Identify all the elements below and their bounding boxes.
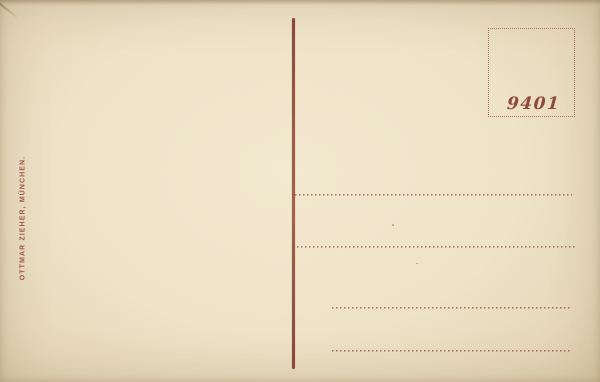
top-edge-shade	[0, 0, 600, 5]
address-line-1	[295, 194, 572, 196]
postcard-back: 9401 OTTMAR ZIEHER, MÜNCHEN.	[0, 0, 600, 382]
address-line-2	[293, 246, 576, 248]
address-line-4	[332, 350, 572, 352]
address-line-3	[332, 307, 572, 309]
stamp-box: 9401	[488, 28, 575, 117]
dust-speck	[392, 224, 394, 226]
card-number: 9401	[506, 94, 561, 114]
publisher-imprint: OTTMAR ZIEHER, MÜNCHEN.	[20, 156, 27, 280]
dust-speck	[416, 263, 418, 264]
